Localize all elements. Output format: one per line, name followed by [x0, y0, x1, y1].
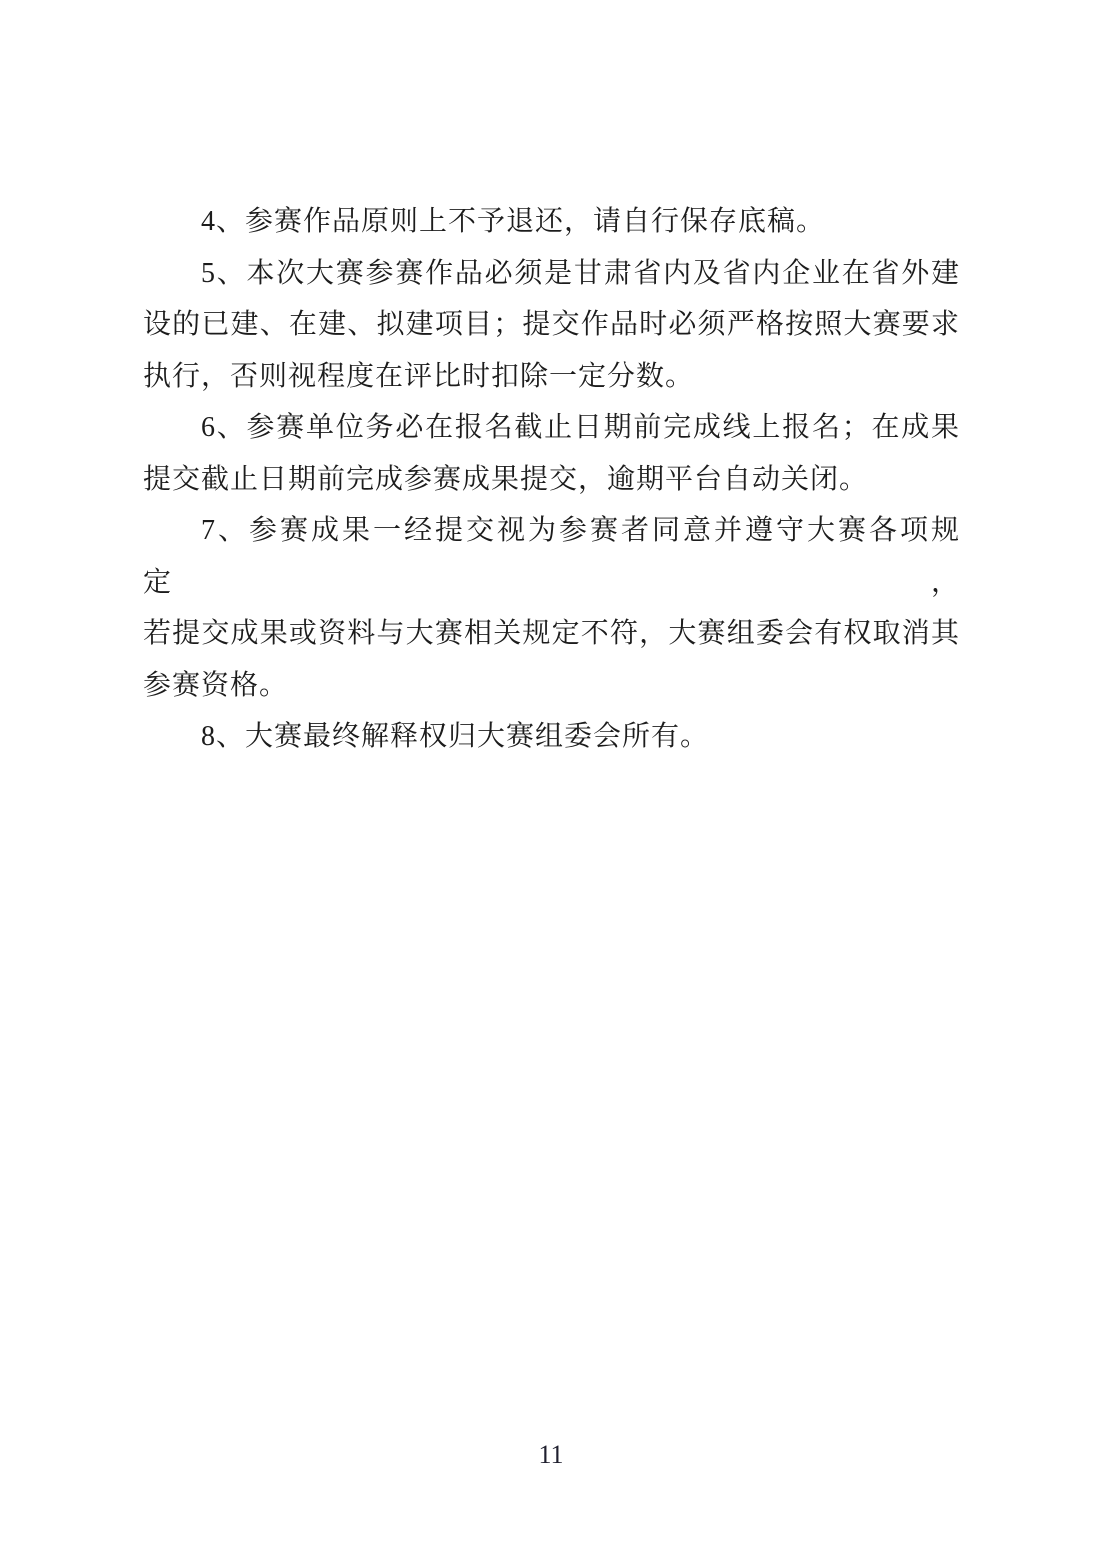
text-line: 若提交成果或资料与大赛相关规定不符，大赛组委会有权取消其: [143, 608, 960, 660]
text-line: 执行，否则视程度在评比时扣除一定分数。: [143, 351, 960, 403]
document-page: 4、参赛作品原则上不予退还，请自行保存底稿。 5、本次大赛参赛作品必须是甘肃省内…: [0, 0, 1102, 1559]
paragraph-item-5: 5、本次大赛参赛作品必须是甘肃省内及省内企业在省外建 设的已建、在建、拟建项目；…: [143, 248, 960, 403]
text-line: 8、大赛最终解释权归大赛组委会所有。: [143, 711, 960, 763]
text-line: 5、本次大赛参赛作品必须是甘肃省内及省内企业在省外建: [143, 248, 960, 300]
paragraph-item-4: 4、参赛作品原则上不予退还，请自行保存底稿。: [143, 196, 960, 248]
text-line: 设的已建、在建、拟建项目；提交作品时必须严格按照大赛要求: [143, 299, 960, 351]
text-line: 提交截止日期前完成参赛成果提交，逾期平台自动关闭。: [143, 454, 960, 506]
paragraph-item-7: 7、参赛成果一经提交视为参赛者同意并遵守大赛各项规定， 若提交成果或资料与大赛相…: [143, 505, 960, 711]
page-footer: 11: [0, 1442, 1102, 1468]
text-line: 参赛资格。: [143, 660, 960, 712]
document-body: 4、参赛作品原则上不予退还，请自行保存底稿。 5、本次大赛参赛作品必须是甘肃省内…: [143, 196, 960, 763]
page-number: 11: [538, 1440, 563, 1469]
paragraph-item-6: 6、参赛单位务必在报名截止日期前完成线上报名；在成果 提交截止日期前完成参赛成果…: [143, 402, 960, 505]
paragraph-item-8: 8、大赛最终解释权归大赛组委会所有。: [143, 711, 960, 763]
text-line: 7、参赛成果一经提交视为参赛者同意并遵守大赛各项规定，: [143, 505, 960, 608]
text-line: 6、参赛单位务必在报名截止日期前完成线上报名；在成果: [143, 402, 960, 454]
text-line: 4、参赛作品原则上不予退还，请自行保存底稿。: [143, 196, 960, 248]
